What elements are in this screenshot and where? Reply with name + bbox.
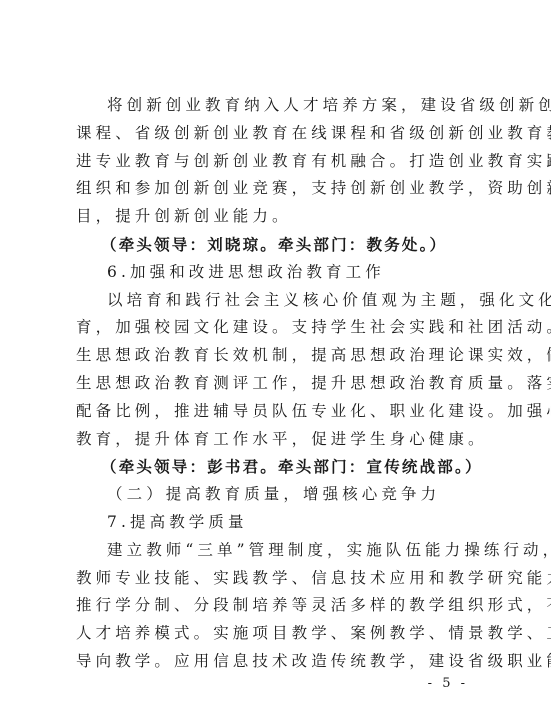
paragraph-line: 教师专业技能、实践教学、信息技术应用和教学研究能力。探索	[76, 565, 488, 593]
paragraph-line: 组织和参加创新创业竞赛，支持创新创业教学，资助创新创业项	[76, 175, 488, 203]
paragraph-line: 生思想政治教育长效机制，提高思想政治理论课实效，做好大学	[76, 342, 488, 370]
paragraph-line: 进专业教育与创新创业教育有机融合。打造创业教育实践平台，	[76, 148, 488, 176]
paragraph-line: 配备比例，推进辅导员队伍专业化、职业化建设。加强心理健康	[76, 398, 488, 426]
paragraph-line: 导向教学。应用信息技术改造传统教学，建设省级职业能力培养	[76, 648, 488, 676]
paragraph-line: 育，加强校园文化建设。支持学生社会实践和社团活动。健全学	[76, 314, 488, 342]
chapter-heading: （二）提高教育质量，增强核心竞争力	[76, 481, 488, 509]
paragraph-line: 建立教师“三单”管理制度，实施队伍能力操练行动，提升	[76, 537, 488, 565]
document-body: 将创新创业教育纳入人才培养方案，建设省级创新创业教育 课程、省级创新创业教育在线…	[76, 92, 488, 676]
section-heading: 6.加强和改进思想政治教育工作	[76, 259, 488, 287]
paragraph-line: 目，提升创新创业能力。	[76, 203, 488, 231]
paragraph-line: 生思想政治教育测评工作，提升思想政治教育质量。落实辅导员	[76, 370, 488, 398]
responsibility-note: （牵头领导：彭书君。牵头部门：宣传统战部。）	[76, 453, 488, 481]
paragraph-line: 教育，提升体育工作水平，促进学生身心健康。	[76, 426, 488, 454]
paragraph-line: 以培育和践行社会主义核心价值观为主题，强化文化素质教	[76, 287, 488, 315]
paragraph-line: 人才培养模式。实施项目教学、案例教学、情景教学、工作过程	[76, 620, 488, 648]
section-heading: 7.提高教学质量	[76, 509, 488, 537]
document-page: 将创新创业教育纳入人才培养方案，建设省级创新创业教育 课程、省级创新创业教育在线…	[0, 0, 551, 711]
paragraph-line: 课程、省级创新创业教育在线课程和省级创新创业教育教材，促	[76, 120, 488, 148]
responsibility-note: （牵头领导：刘晓琼。牵头部门：教务处。）	[76, 231, 488, 259]
paragraph-line: 将创新创业教育纳入人才培养方案，建设省级创新创业教育	[76, 92, 488, 120]
paragraph-line: 推行学分制、分段制培养等灵活多样的教学组织形式，不断丰富	[76, 592, 488, 620]
page-number-footer: - 5 -	[0, 676, 551, 691]
page-number: - 5 -	[428, 676, 468, 691]
